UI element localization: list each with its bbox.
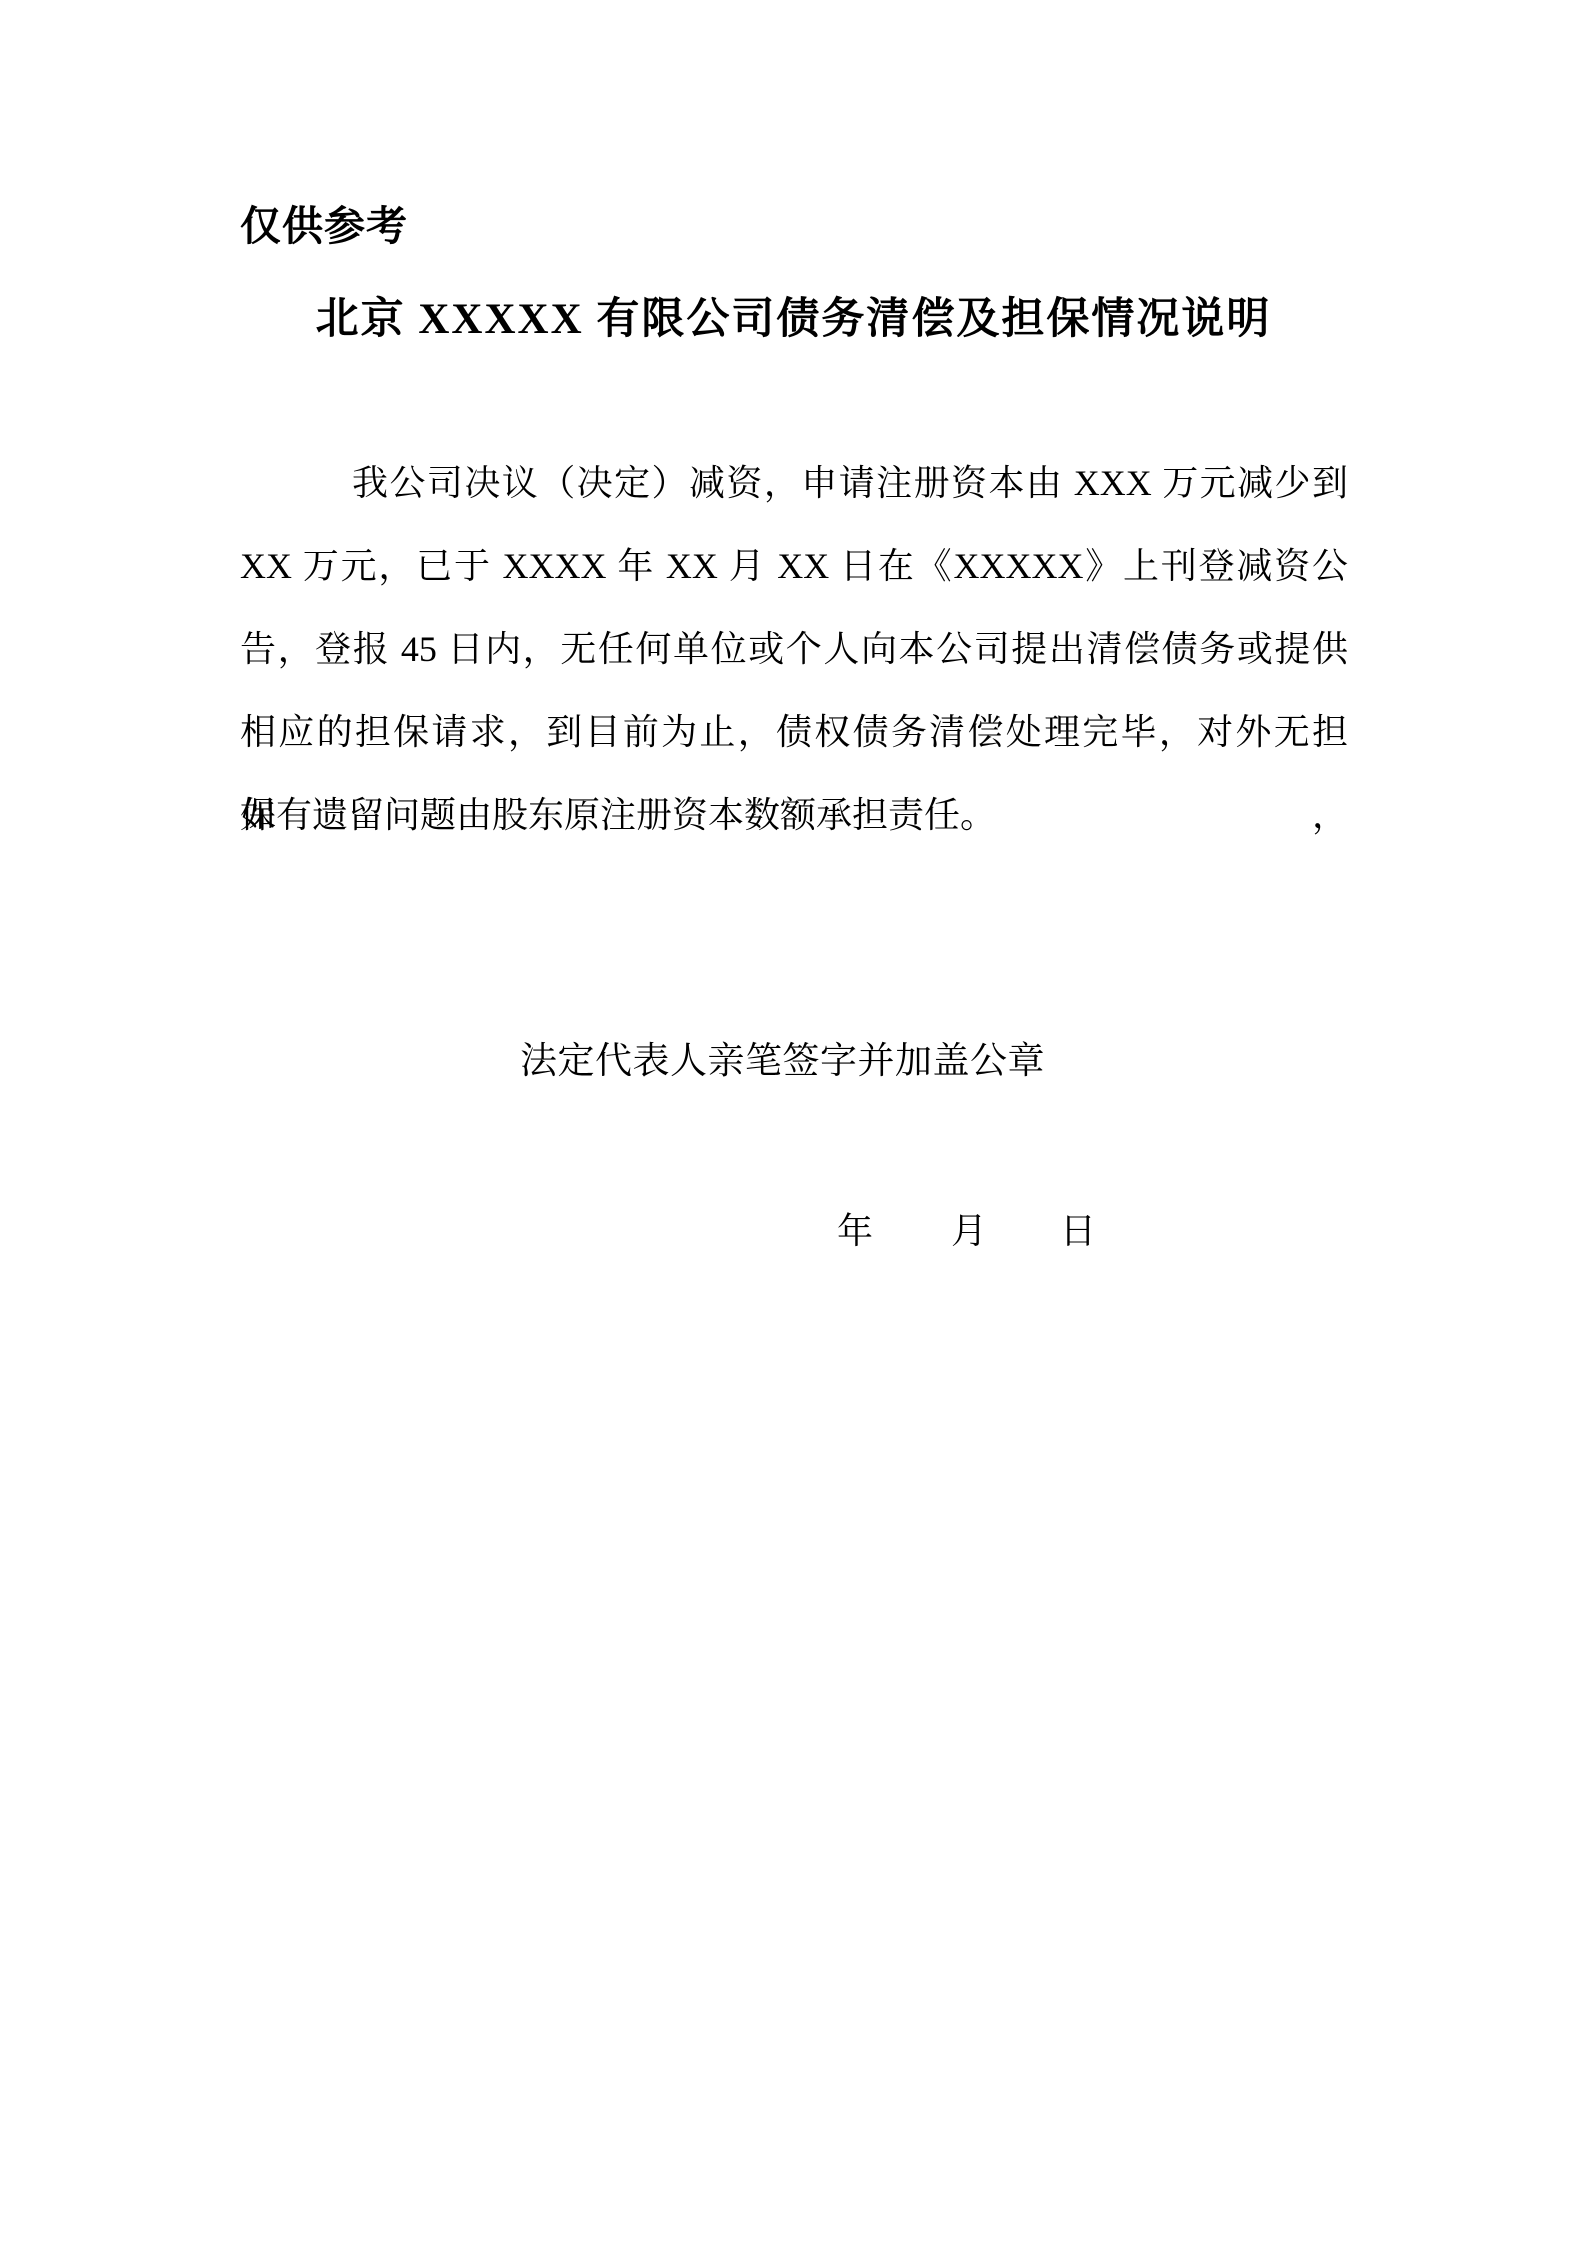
reference-only-note: 仅供参考 bbox=[240, 206, 408, 247]
date-month-label: 月 bbox=[951, 1208, 987, 1254]
date-year-label: 年 bbox=[837, 1208, 873, 1254]
date-line: 年 月 日 bbox=[0, 1208, 1587, 1254]
body-line: 告，登报 45 日内，无任何单位或个人向本公司提出清偿债务或提供 bbox=[240, 608, 1348, 691]
document-title: 北京 XXXXX 有限公司债务清偿及担保情况说明 bbox=[0, 295, 1587, 346]
body-paragraph: 我公司决议（决定）减资，申请注册资本由 XXX 万元减少到 XX 万元，已于 X… bbox=[240, 442, 1348, 857]
body-line: XX 万元，已于 XXXX 年 XX 月 XX 日在《XXXXX》上刊登减资公 bbox=[240, 525, 1348, 608]
date-day-label: 日 bbox=[1060, 1208, 1096, 1254]
body-line: 相应的担保请求，到目前为止，债权债务清偿处理完毕，对外无担保， bbox=[240, 691, 1348, 774]
body-line: 我公司决议（决定）减资，申请注册资本由 XXX 万元减少到 bbox=[240, 442, 1348, 525]
signature-instruction: 法定代表人亲笔签字并加盖公章 bbox=[520, 1040, 1045, 1084]
document-page: 仅供参考 北京 XXXXX 有限公司债务清偿及担保情况说明 我公司决议（决定）减… bbox=[0, 0, 1587, 2245]
